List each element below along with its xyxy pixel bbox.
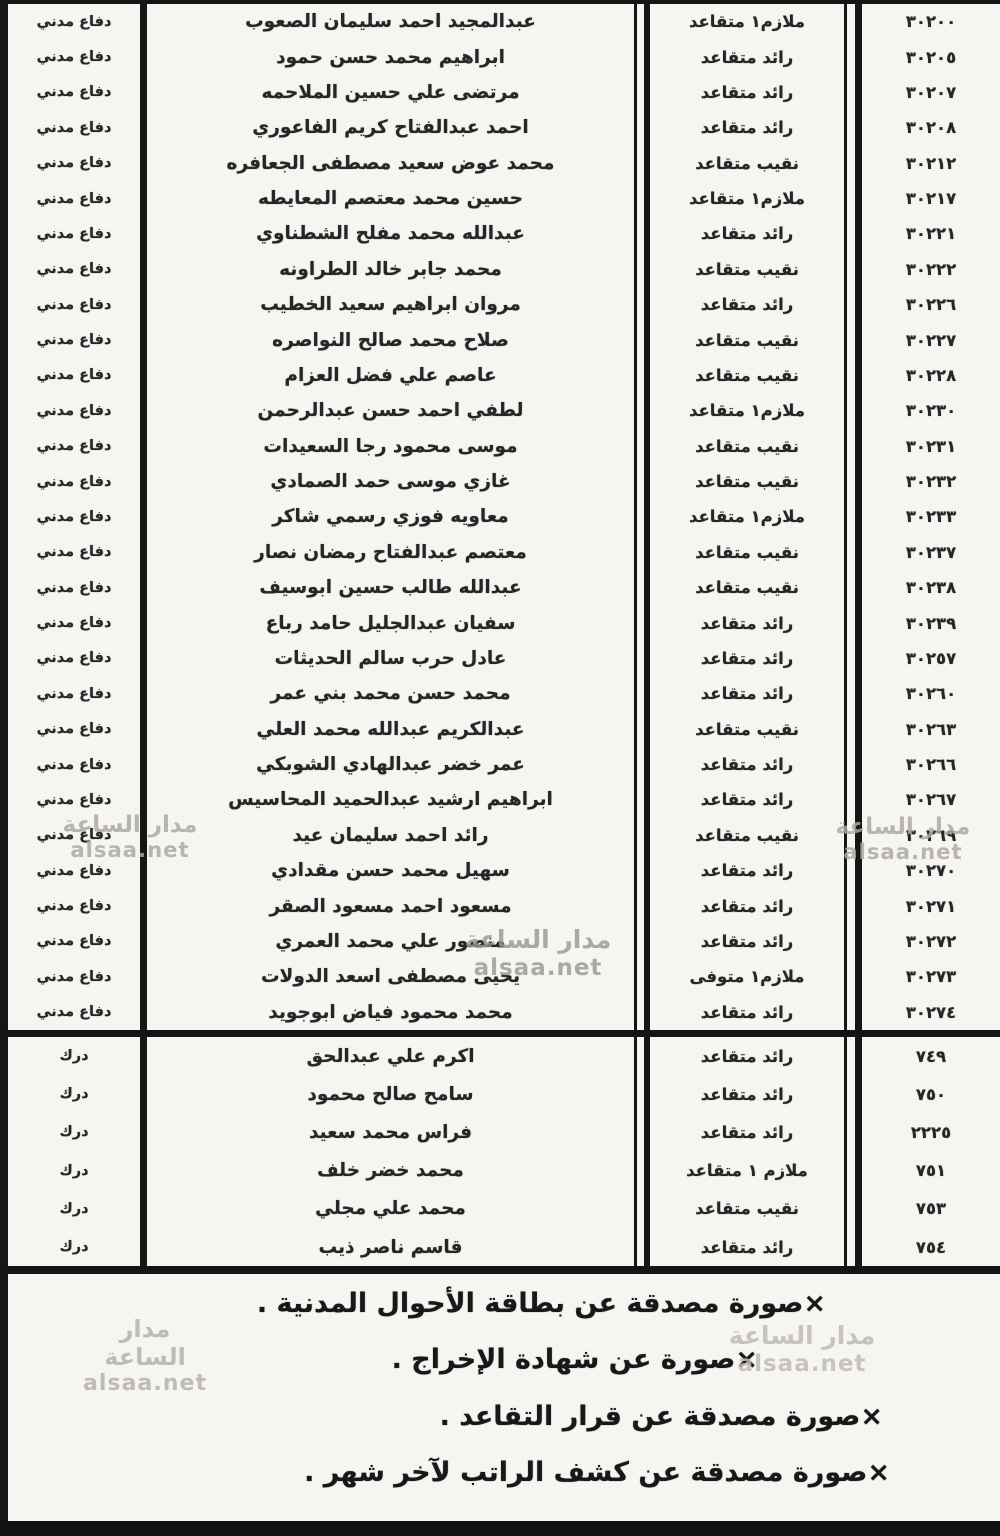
row-cell-category: دفاع مدني [8, 358, 140, 393]
row-cell-category: دفاع مدني [8, 429, 140, 464]
row-cell-category: دفاع مدني [8, 995, 140, 1030]
row-cell-rank: رائد متقاعد [650, 641, 844, 676]
row-cell-number: ٧٥٣ [862, 1190, 1000, 1228]
row-cell-category: دفاع مدني [8, 888, 140, 923]
row-cell-category: دفاع مدني [8, 110, 140, 145]
row-cell-name: عبدالكريم عبدالله محمد العلي [147, 712, 634, 747]
row-cell-number: ٣٠٢٣٠ [862, 393, 1000, 428]
row-cell-rank: نقيب متقاعد [650, 464, 844, 499]
row-cell-category: دفاع مدني [8, 146, 140, 181]
row-cell-number: ٣٠٢١٧ [862, 181, 1000, 216]
row-cell-category: دفاع مدني [8, 322, 140, 357]
row-cell-name: فراس محمد سعيد [147, 1113, 634, 1151]
row-cell-number: ٣٠٢٦٩ [862, 818, 1000, 853]
row-cell-number: ٣٠٢٣١ [862, 429, 1000, 464]
row-cell-number: ٣٠٢٢١ [862, 216, 1000, 251]
row-cell-rank: رائد متقاعد [650, 676, 844, 711]
row-cell-category: درك [8, 1037, 140, 1075]
row-cell-rank: رائد متقاعد [650, 1113, 844, 1151]
row-cell-number: ٣٠٢٣٨ [862, 570, 1000, 605]
row-cell-category: دفاع مدني [8, 75, 140, 110]
row-cell-name: مرتضى علي حسين الملاحمه [147, 75, 634, 110]
row-cell-number: ٣٠٢٧٣ [862, 959, 1000, 994]
row-cell-number: ٣٠٢٣٢ [862, 464, 1000, 499]
row-cell-rank: ملازم ١ متقاعد [650, 1152, 844, 1190]
row-cell-number: ٣٠٢٢٢ [862, 252, 1000, 287]
row-cell-number: ٣٠٢٣٧ [862, 535, 1000, 570]
row-cell-category: دفاع مدني [8, 818, 140, 853]
row-cell-category: درك [8, 1190, 140, 1228]
table-bottom-border [0, 1266, 1000, 1274]
row-cell-number: ٣٠٢٦٣ [862, 712, 1000, 747]
row-cell-rank: رائد متقاعد [650, 853, 844, 888]
row-cell-rank: رائد متقاعد [650, 995, 844, 1030]
row-cell-rank: ملازم١ متوفى [650, 959, 844, 994]
row-cell-rank: رائد متقاعد [650, 287, 844, 322]
row-cell-rank: رائد متقاعد [650, 39, 844, 74]
row-cell-name: مسعود احمد مسعود الصقر [147, 888, 634, 923]
row-cell-rank: رائد متقاعد [650, 924, 844, 959]
row-cell-category: دفاع مدني [8, 393, 140, 428]
row-cell-number: ٣٠٢٣٣ [862, 499, 1000, 534]
row-cell-rank: نقيب متقاعد [650, 1190, 844, 1228]
row-cell-name: عمر خضر عبدالهادي الشوبكي [147, 747, 634, 782]
row-cell-number: ٣٠٢٠٨ [862, 110, 1000, 145]
row-cell-name: محمد محمود فياض ابوجويد [147, 995, 634, 1030]
row-cell-rank: نقيب متقاعد [650, 146, 844, 181]
row-cell-category: دفاع مدني [8, 287, 140, 322]
row-cell-rank: ملازم١ متقاعد [650, 393, 844, 428]
row-cell-rank: ملازم١ متقاعد [650, 499, 844, 534]
page-left-border [0, 0, 8, 1521]
row-cell-number: ٣٠٢٧١ [862, 888, 1000, 923]
row-cell-name: غازي موسى حمد الصمادي [147, 464, 634, 499]
row-cell-category: دفاع مدني [8, 641, 140, 676]
required-document-item: ×صورة عن شهادة الإخراج . [8, 1330, 758, 1388]
row-cell-rank: رائد متقاعد [650, 747, 844, 782]
row-cell-name: سامح صالح محمود [147, 1075, 634, 1113]
row-cell-number: ٣٠٢٢٨ [862, 358, 1000, 393]
row-cell-number: ٣٠٢٣٩ [862, 605, 1000, 640]
row-cell-category: دفاع مدني [8, 676, 140, 711]
row-cell-rank: رائد متقاعد [650, 216, 844, 251]
row-cell-name: منصور علي محمد العمري [147, 924, 634, 959]
row-cell-category: دفاع مدني [8, 605, 140, 640]
required-document-item: ×صورة مصدقة عن بطاقة الأحوال المدنية . [8, 1276, 826, 1330]
row-cell-name: موسى محمود رجا السعيدات [147, 429, 634, 464]
row-cell-category: دفاع مدني [8, 747, 140, 782]
row-cell-category: دفاع مدني [8, 959, 140, 994]
row-cell-number: ٣٠٢٦٦ [862, 747, 1000, 782]
row-cell-number: ٣٠٢١٢ [862, 146, 1000, 181]
row-cell-category: درك [8, 1113, 140, 1151]
row-cell-rank: رائد متقاعد [650, 75, 844, 110]
row-cell-category: درك [8, 1228, 140, 1266]
row-cell-name: محمد خضر خلف [147, 1152, 634, 1190]
row-cell-category: دفاع مدني [8, 499, 140, 534]
row-cell-name: رائد احمد سليمان عيد [147, 818, 634, 853]
document-page: دفاع مدنيعبدالمجيد احمد سليمان الصعوبملا… [0, 0, 1000, 1536]
row-cell-name: عبدالمجيد احمد سليمان الصعوب [147, 4, 634, 39]
row-cell-rank: نقيب متقاعد [650, 358, 844, 393]
row-cell-name: مروان ابراهيم سعيد الخطيب [147, 287, 634, 322]
row-cell-category: درك [8, 1075, 140, 1113]
row-cell-rank: رائد متقاعد [650, 782, 844, 817]
required-document-item: ×صورة مصدقة عن كشف الراتب لآخر شهر . [8, 1444, 890, 1501]
row-cell-name: عبدالله محمد مفلح الشطناوي [147, 216, 634, 251]
row-cell-rank: رائد متقاعد [650, 1037, 844, 1075]
row-cell-category: دفاع مدني [8, 464, 140, 499]
row-cell-category: دفاع مدني [8, 782, 140, 817]
row-cell-name: عبدالله طالب حسين ابوسيف [147, 570, 634, 605]
required-documents-list: ×صورة مصدقة عن بطاقة الأحوال المدنية .×ص… [8, 1276, 1000, 1501]
row-cell-rank: ملازم١ متقاعد [650, 4, 844, 39]
row-cell-number: ٣٠٢٧٠ [862, 853, 1000, 888]
row-cell-name: يحيى مصطفى اسعد الدولات [147, 959, 634, 994]
row-cell-rank: رائد متقاعد [650, 110, 844, 145]
row-cell-rank: نقيب متقاعد [650, 818, 844, 853]
row-cell-number: ٣٠٢٢٦ [862, 287, 1000, 322]
row-cell-category: درك [8, 1152, 140, 1190]
row-cell-category: دفاع مدني [8, 4, 140, 39]
row-cell-category: دفاع مدني [8, 181, 140, 216]
row-cell-number: ٣٠٢٠٠ [862, 4, 1000, 39]
row-cell-rank: نقيب متقاعد [650, 570, 844, 605]
table-section-separator [0, 1030, 1000, 1037]
row-cell-name: محمد علي مجلي [147, 1190, 634, 1228]
row-cell-number: ٧٥١ [862, 1152, 1000, 1190]
row-cell-category: دفاع مدني [8, 924, 140, 959]
row-cell-category: دفاع مدني [8, 535, 140, 570]
row-cell-number: ٣٠٢٧٤ [862, 995, 1000, 1030]
row-cell-name: محمد حسن محمد بني عمر [147, 676, 634, 711]
row-cell-number: ٣٠٢٠٥ [862, 39, 1000, 74]
row-cell-category: دفاع مدني [8, 570, 140, 605]
row-cell-number: ٣٠٢٧٢ [862, 924, 1000, 959]
row-cell-number: ٧٥٤ [862, 1228, 1000, 1266]
row-cell-rank: نقيب متقاعد [650, 429, 844, 464]
row-cell-name: معاويه فوزي رسمي شاكر [147, 499, 634, 534]
row-cell-name: ابراهيم ارشيد عبدالحميد المحاسيس [147, 782, 634, 817]
row-cell-category: دفاع مدني [8, 712, 140, 747]
row-cell-rank: نقيب متقاعد [650, 252, 844, 287]
row-cell-name: ابراهيم محمد حسن حمود [147, 39, 634, 74]
retirees-table-civil-defense: دفاع مدنيعبدالمجيد احمد سليمان الصعوبملا… [8, 4, 1000, 1030]
row-cell-name: اكرم علي عبدالحق [147, 1037, 634, 1075]
row-cell-category: دفاع مدني [8, 39, 140, 74]
row-cell-number: ٣٠٢٠٧ [862, 75, 1000, 110]
row-cell-rank: رائد متقاعد [650, 1228, 844, 1266]
row-cell-number: ٢٢٢٥ [862, 1113, 1000, 1151]
row-cell-name: عادل حرب سالم الحديثات [147, 641, 634, 676]
row-cell-name: معتصم عبدالفتاح رمضان نصار [147, 535, 634, 570]
row-cell-rank: ملازم١ متقاعد [650, 181, 844, 216]
row-cell-number: ٣٠٢٦٧ [862, 782, 1000, 817]
required-document-item: ×صورة مصدقة عن قرار التقاعد . [8, 1388, 883, 1444]
row-cell-name: لطفي احمد حسن عبدالرحمن [147, 393, 634, 428]
row-cell-number: ٣٠٢٢٧ [862, 322, 1000, 357]
row-cell-name: محمد جابر خالد الطراونه [147, 252, 634, 287]
row-cell-name: محمد عوض سعيد مصطفى الجعافره [147, 146, 634, 181]
retirees-table-gendarmerie: دركاكرم علي عبدالحقرائد متقاعد٧٤٩دركسامح… [8, 1037, 1000, 1266]
row-cell-number: ٣٠٢٦٠ [862, 676, 1000, 711]
row-cell-rank: نقيب متقاعد [650, 322, 844, 357]
row-cell-number: ٣٠٢٥٧ [862, 641, 1000, 676]
row-cell-category: دفاع مدني [8, 252, 140, 287]
row-cell-rank: نقيب متقاعد [650, 712, 844, 747]
row-cell-name: احمد عبدالفتاح كريم الفاعوري [147, 110, 634, 145]
row-cell-rank: نقيب متقاعد [650, 535, 844, 570]
row-cell-name: قاسم ناصر ذيب [147, 1228, 634, 1266]
row-cell-rank: رائد متقاعد [650, 1075, 844, 1113]
row-cell-name: عاصم علي فضل العزام [147, 358, 634, 393]
row-cell-number: ٧٥٠ [862, 1075, 1000, 1113]
row-cell-name: سهيل محمد حسن مقدادي [147, 853, 634, 888]
row-cell-category: دفاع مدني [8, 216, 140, 251]
row-cell-number: ٧٤٩ [862, 1037, 1000, 1075]
row-cell-rank: رائد متقاعد [650, 888, 844, 923]
row-cell-name: سفيان عبدالجليل حامد رباع [147, 605, 634, 640]
bottom-black-bar [0, 1521, 1000, 1536]
row-cell-rank: رائد متقاعد [650, 605, 844, 640]
row-cell-category: دفاع مدني [8, 853, 140, 888]
row-cell-name: صلاح محمد صالح النواصره [147, 322, 634, 357]
row-cell-name: حسين محمد معتصم المعايطه [147, 181, 634, 216]
